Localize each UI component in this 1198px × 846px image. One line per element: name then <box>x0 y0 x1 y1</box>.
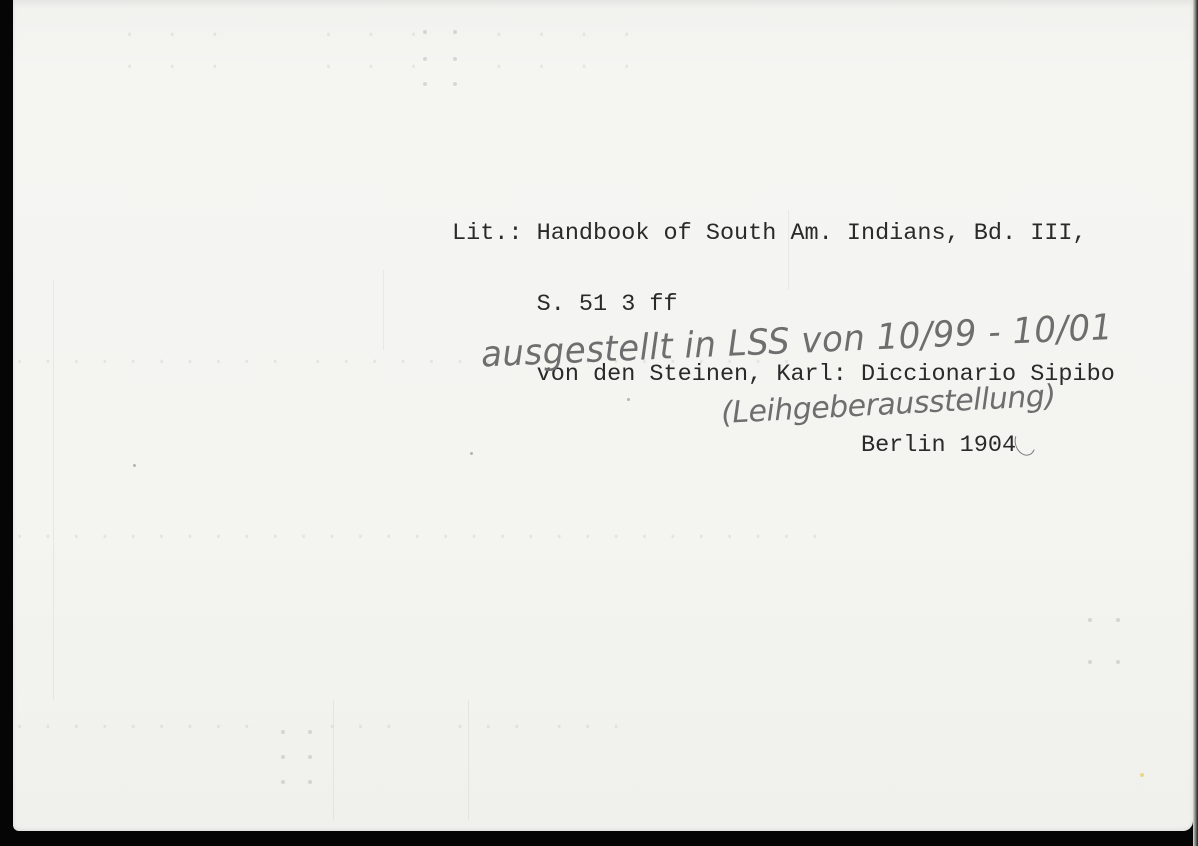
show-through-dot <box>1088 660 1092 664</box>
paper-speck <box>1140 773 1144 777</box>
show-through-dot <box>308 755 312 759</box>
paper-speck <box>133 464 136 467</box>
show-through-dot <box>423 30 427 34</box>
show-through-rule <box>53 280 54 700</box>
show-through-dot <box>423 57 427 61</box>
show-through-rule <box>333 700 334 820</box>
show-through-dot <box>281 730 285 734</box>
show-through-text: . . . . . . . . . . <box>123 50 634 75</box>
show-through-dot <box>453 82 457 86</box>
show-through-dot <box>1088 618 1092 622</box>
show-through-text: . . . . . . . . . . <box>123 18 634 43</box>
show-through-rule <box>383 270 384 350</box>
show-through-dot <box>453 30 457 34</box>
show-through-dot <box>281 780 285 784</box>
show-through-dot <box>281 755 285 759</box>
typed-line-1: Lit.: Handbook of South Am. Indians, Bd.… <box>452 222 1115 246</box>
show-through-text: . . . . . . . . . . . . . . . . . . . . … <box>13 520 823 545</box>
card-right-edge <box>1193 0 1198 846</box>
show-through-dot <box>1116 660 1120 664</box>
show-through-dot <box>308 730 312 734</box>
show-through-dot <box>1116 618 1120 622</box>
show-through-dot <box>423 82 427 86</box>
show-through-text: . . . . . . . . . . . . . . . . . . <box>13 710 624 735</box>
show-through-dot <box>308 780 312 784</box>
show-through-rule <box>468 700 469 820</box>
show-through-dot <box>453 57 457 61</box>
